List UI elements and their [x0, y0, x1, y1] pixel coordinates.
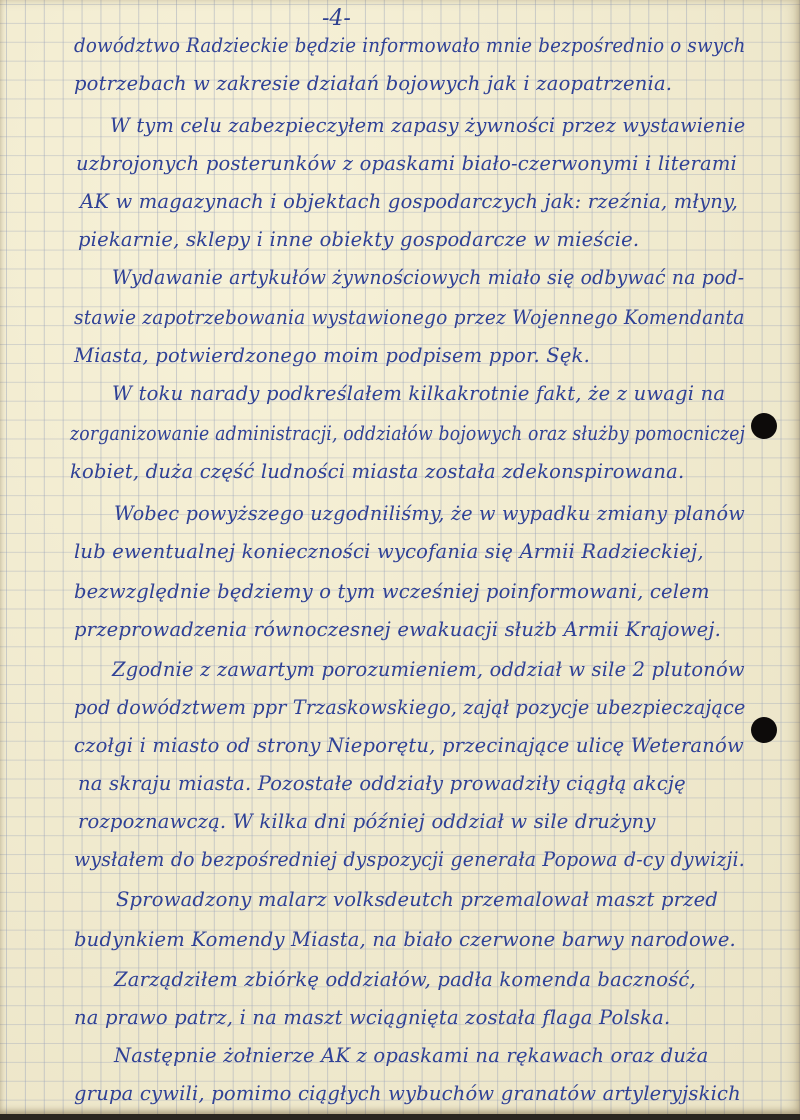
text-line: lub ewentualnej konieczności wycofania s… — [74, 540, 704, 563]
text-line: grupa cywili, pomimo ciągłych wybuchów g… — [74, 1082, 741, 1105]
text-line: kobiet, duża część ludności miasta zosta… — [70, 460, 684, 483]
page-number: -4- — [322, 6, 351, 31]
text-line: wysłałem do bezpośredniej dyspozycji gen… — [74, 848, 745, 871]
text-line: na skraju miasta. Pozostałe oddziały pro… — [78, 772, 686, 795]
text-line: piekarnie, sklepy i inne obiekty gospoda… — [78, 228, 639, 251]
text-line: Miasta, potwierdzonego moim podpisem ppo… — [74, 344, 590, 367]
text-line: Wydawanie artykułów żywnościowych miało … — [112, 266, 744, 289]
text-line: zorganizowanie administracji, oddziałów … — [70, 422, 745, 445]
text-line: Następnie żołnierze AK z opaskami na ręk… — [114, 1044, 708, 1067]
text-line: Zgodnie z zawartym porozumieniem, oddzia… — [112, 658, 745, 681]
text-line: W toku narady podkreślałem kilkakrotnie … — [112, 382, 725, 405]
text-line: stawie zapotrzebowania wystawionego prze… — [74, 306, 745, 329]
punch-hole — [751, 413, 777, 439]
text-line: potrzebach w zakresie działań bojowych j… — [74, 72, 672, 95]
text-line: Wobec powyższego uzgodniliśmy, że w wypa… — [114, 502, 745, 525]
text-line: dowództwo Radzieckie będzie informowało … — [74, 34, 746, 57]
text-line: rozpoznawczą. W kilka dni później oddzia… — [78, 810, 656, 833]
text-line: Zarządziłem zbiórkę oddziałów, padła kom… — [114, 968, 696, 991]
text-line: W tym celu zabezpieczyłem zapasy żywnośc… — [110, 114, 745, 137]
text-line: budynkiem Komendy Miasta, na biało czerw… — [74, 928, 736, 951]
text-line: pod dowództwem ppr Trzaskowskiego, zajął… — [74, 696, 746, 719]
text-line: na prawo patrz, i na maszt wciągnięta zo… — [74, 1006, 670, 1029]
text-line: Sprowadzony malarz volksdeutch przemalow… — [116, 888, 718, 911]
text-line: AK w magazynach i objektach gospodarczyc… — [80, 190, 738, 213]
punch-hole — [751, 717, 777, 743]
notebook-page: -4- dowództwo Radzieckie będzie informow… — [0, 0, 800, 1114]
text-line: czołgi i miasto od strony Nieporętu, prz… — [74, 734, 744, 757]
text-line: uzbrojonych posterunków z opaskami biało… — [76, 152, 737, 175]
text-line: bezwzględnie będziemy o tym wcześniej po… — [74, 580, 710, 603]
text-line: przeprowadzenia równoczesnej ewakuacji s… — [74, 618, 721, 641]
